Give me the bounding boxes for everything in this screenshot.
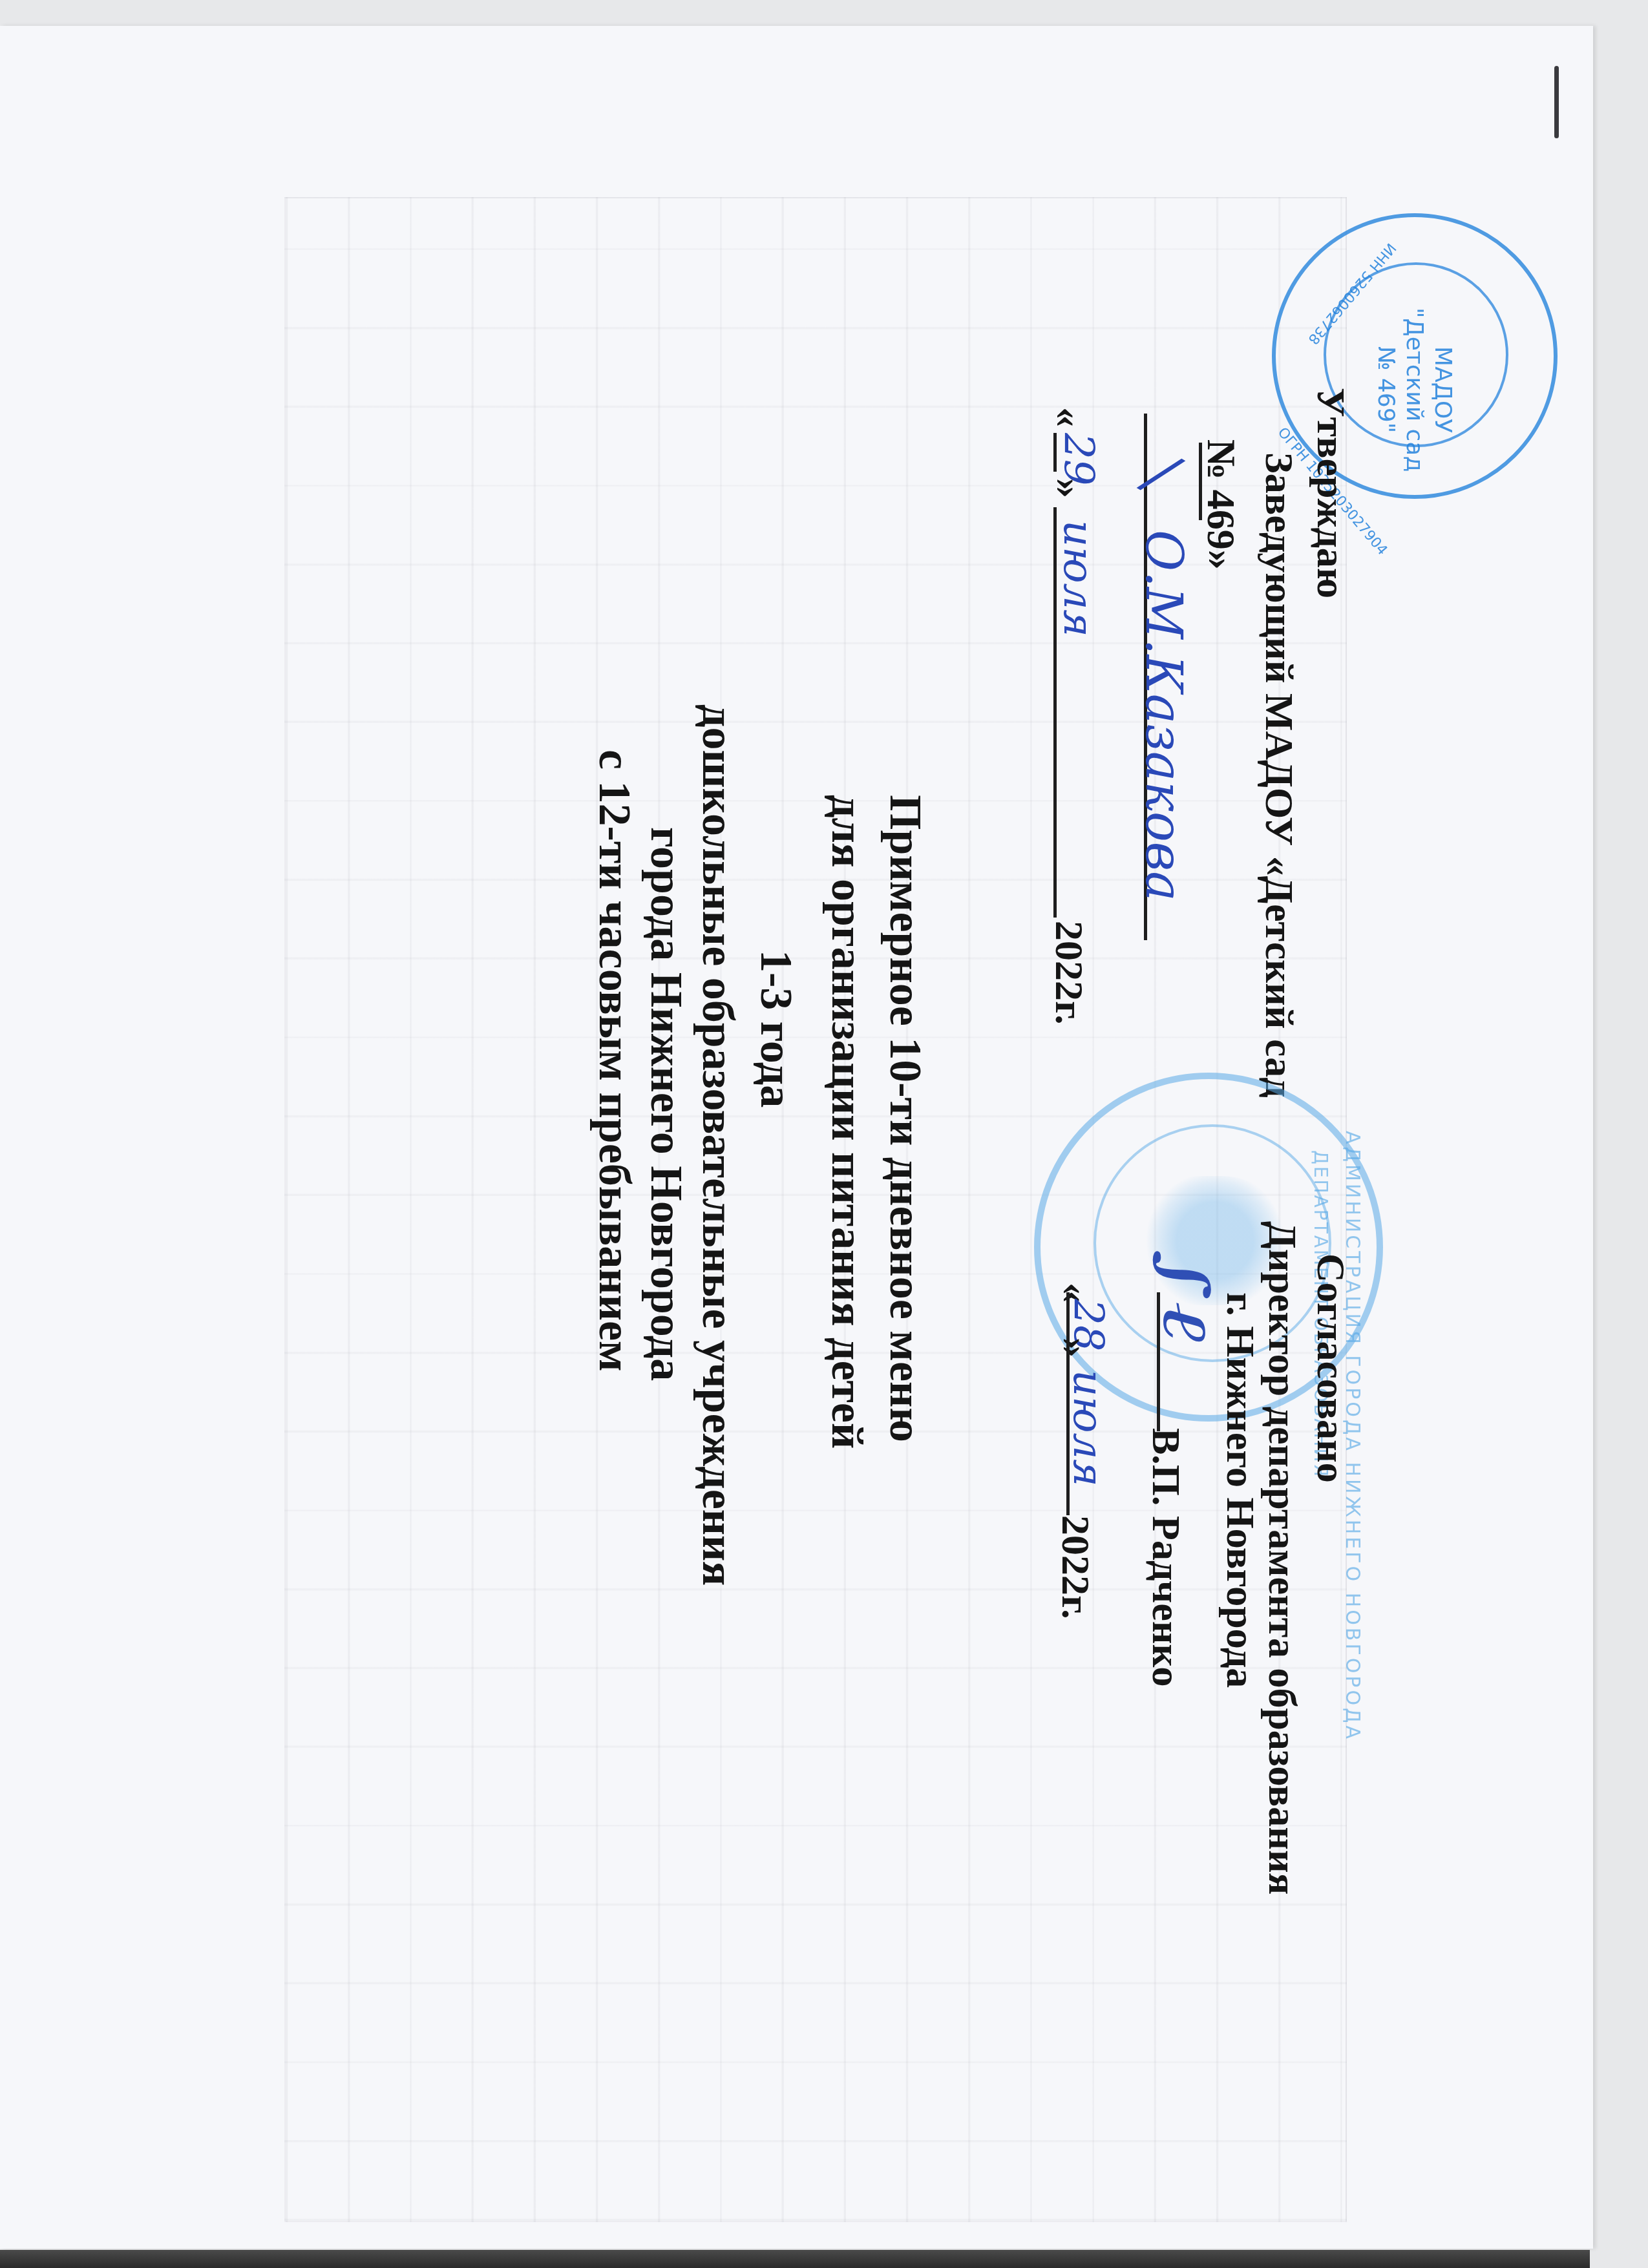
date-year: 2022г. — [1049, 921, 1089, 1025]
agreer-position: Директор департамента образования — [1262, 1221, 1302, 1895]
agreer-city: г. Нижнего Новгорода — [1220, 1292, 1260, 1688]
date-year: 2022г. — [1055, 1515, 1095, 1619]
agreement-heading: Согласовано — [1311, 1254, 1351, 1483]
signature-handwritten: / — [1134, 452, 1202, 472]
date-month: июля — [1054, 520, 1102, 637]
approver-position: Заведующий МАДОУ «Детский сад — [1259, 452, 1299, 1098]
title-line-4: дошкольные образовательные учреждения — [695, 704, 740, 1586]
title-line-6: с 12-ти часовым пребыванием — [591, 750, 637, 1372]
stamp-center-text: МАДОУ "Детский сад № 469" — [1371, 308, 1457, 472]
agreer-name: В.П. Радченко — [1146, 1428, 1186, 1686]
approver-name: О.М.Казакова — [1134, 530, 1192, 901]
title-line-2: для организации питания детей — [824, 795, 869, 1449]
approval-heading: Утверждаю — [1311, 388, 1351, 598]
signature-handwritten: ∫ℓ — [1149, 1266, 1221, 1325]
title-line-1: Примерное 10-ти дневное меню — [882, 795, 927, 1442]
scanner-edge — [0, 2250, 1590, 2268]
title-line-5: города Нижнего Новгорода — [643, 827, 688, 1381]
title-age-group: 1-3 года — [753, 950, 798, 1108]
approver-institution-number: № 469» — [1201, 439, 1241, 570]
document-content: МАДОУ "Детский сад № 469" ОГРН 102520302… — [13, 39, 1564, 2236]
date-month: июля — [1064, 1370, 1112, 1487]
